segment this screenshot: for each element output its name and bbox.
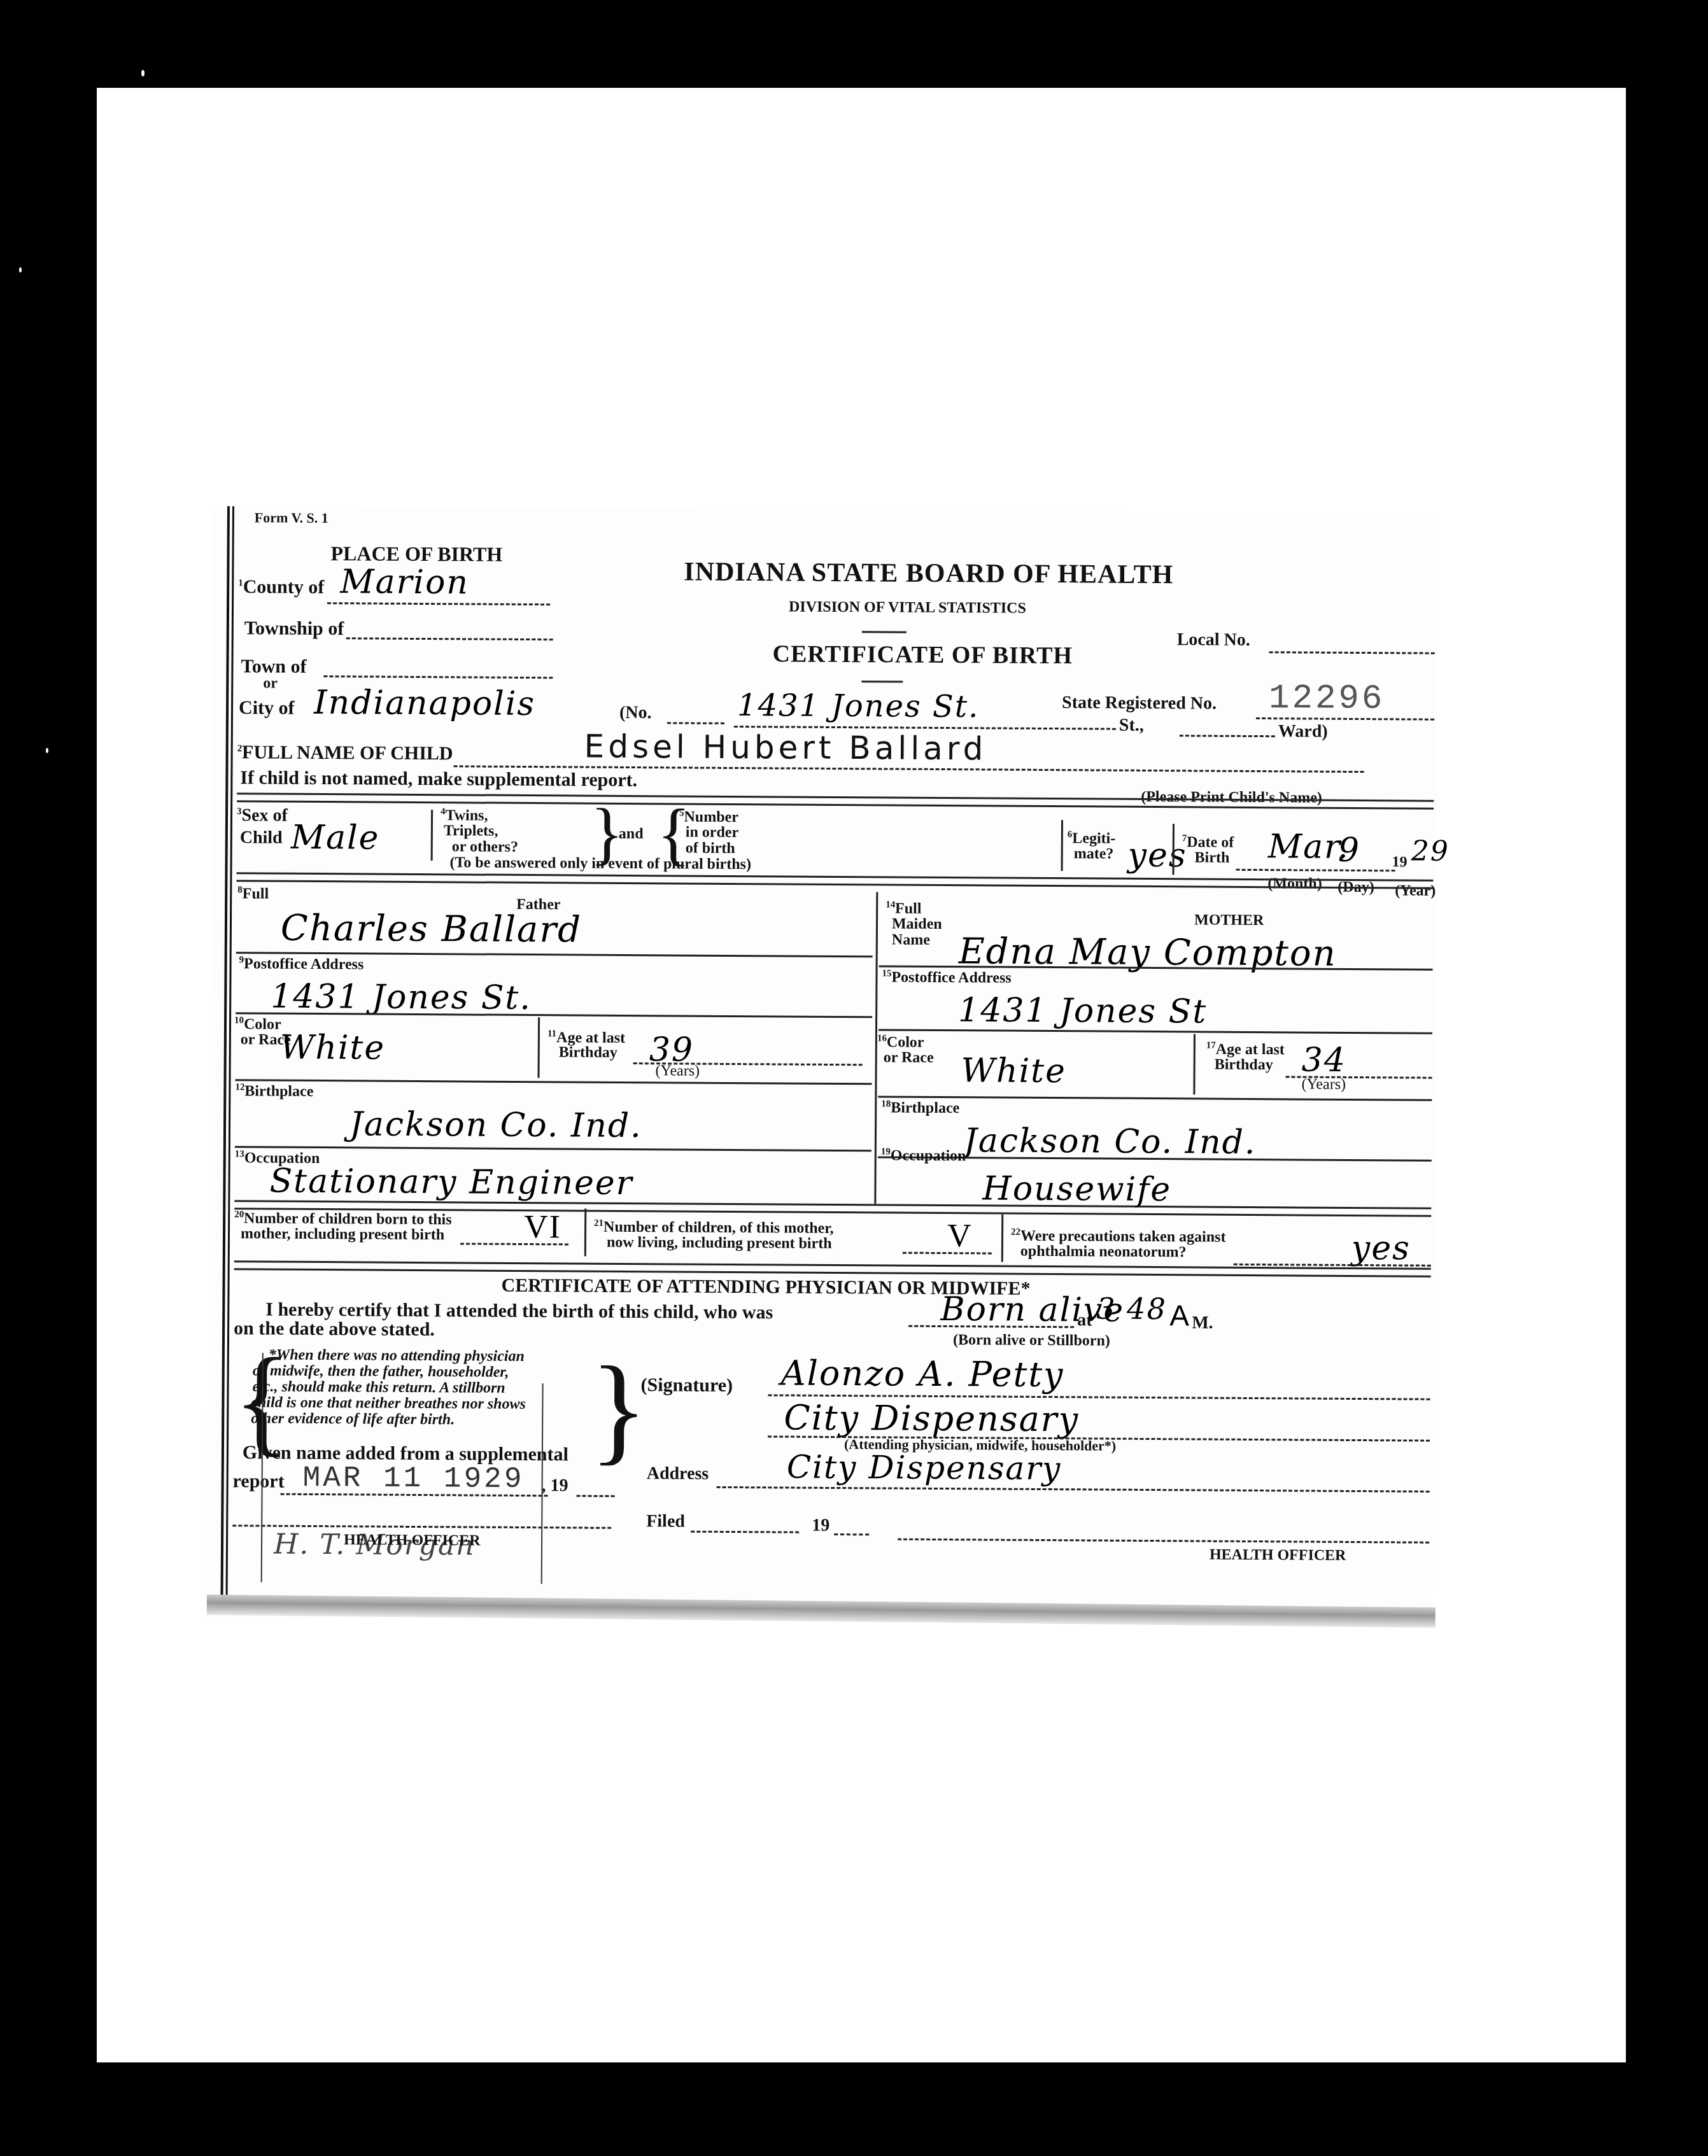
father-full-label: 8Full [237,885,269,903]
health-officer-field [898,1539,1429,1544]
divider [431,810,433,861]
twins-label-2: Triplets, [444,822,498,840]
city-label: City of [239,697,295,719]
dob-year-prefix: 19 [1392,854,1408,871]
legitimate-value: yes [1127,836,1187,875]
county-label: 1County of [238,576,324,598]
father-color: White [280,1029,386,1067]
mother-occupation-label: 19Occupation [881,1146,966,1165]
meridiem: A [1169,1298,1190,1332]
father-name: Charles Ballard [281,908,582,951]
children-living-label-2: now living, including present birth [607,1234,832,1253]
physician-address: City Dispensary [787,1449,1062,1488]
mother-occupation: Housewife [982,1169,1171,1209]
mother-full-label: 14Full [886,899,922,917]
filed-date-field [691,1531,799,1533]
scan-speck [46,748,48,753]
number-order-label-3: of birth [686,840,735,857]
sex-label: 3Sex of [237,805,288,826]
supplemental-health-officer-label: HEALTH OFFICER [344,1532,481,1549]
street-value: 1431 Jones St. [737,687,980,724]
mother-age-label-2: Birthday [1215,1057,1273,1074]
precautions-field [1234,1264,1431,1267]
born-caption: (Born alive or Stillborn) [953,1332,1110,1350]
division-title: DIVISION OF VITAL STATISTICS [789,599,1026,617]
title-rule [861,680,903,682]
father-address-label: 9Postoffice Address [239,955,364,973]
dob-label: 7Date of [1182,833,1234,851]
and-label: and [619,826,644,843]
children-living-value: V [947,1217,973,1255]
full-name-label: 2FULL NAME OF CHILD [237,742,453,764]
ward-label: Ward) [1278,721,1328,742]
children-born-field [460,1243,568,1245]
father-age-label-2: Birthday [559,1044,618,1062]
form-number: Form V. S. 1 [255,509,328,526]
dob-day: 9 [1338,831,1360,870]
field-rule [878,1096,1432,1101]
report-year-field [577,1495,615,1497]
children-living-field [903,1252,992,1255]
health-officer-label: HEALTH OFFICER [1210,1547,1346,1565]
mother-years-caption: (Years) [1301,1076,1346,1093]
mother-birthplace: Jackson Co. Ind. [964,1122,1257,1162]
title-rule [862,631,907,633]
scan-speck [19,267,22,272]
county-value: Marion [340,563,469,602]
address-label: Address [647,1463,709,1484]
mother-heading: MOTHER [1194,912,1264,929]
number-order-label-2: in order [686,824,738,842]
or-label: or [263,675,278,692]
town-field [323,675,553,679]
street-no-field [667,722,724,724]
at-label: at [1077,1310,1092,1330]
state-registered-label: State Registered No. [1062,693,1217,714]
mother-full-label-2: Maiden [892,916,942,933]
children-born-value: VI [524,1208,561,1246]
divider [1061,820,1063,871]
divider [1172,824,1174,875]
ward-field [1180,735,1275,737]
section-rule [236,872,1433,889]
mother-address: 1431 Jones St [958,991,1207,1031]
father-birthplace: Jackson Co. Ind. [349,1105,642,1145]
divider [538,1017,540,1078]
plural-births-note: (To be answered only in event of plural … [449,854,751,873]
divider [1001,1215,1003,1262]
father-address: 1431 Jones St. [271,978,532,1018]
street-no-label: (No. [619,703,652,723]
city-value: Indianapolis [314,684,535,723]
township-label: Township of [244,617,344,640]
sex-value: Male [291,819,380,857]
local-no-label: Local No. [1177,630,1250,651]
township-field [346,637,553,640]
mother-color: White [961,1052,1066,1090]
state-registered-number: 12296 [1269,679,1385,719]
birth-certificate: Form V. S. 1 PLACE OF BIRTH INDIANA STAT… [206,506,1439,1624]
precautions-value: yes [1352,1229,1411,1268]
address-field [717,1486,1430,1493]
divider [584,1209,586,1257]
board-title: INDIANA STATE BOARD OF HEALTH [684,557,1173,591]
footnote-line-5: other evidence of life after birth. [251,1410,455,1428]
mother-color-label-2: or Race [884,1049,934,1066]
not-named-note: If child is not named, make supplemental… [240,767,637,791]
scan-speck [141,70,145,76]
twins-label-3: or others? [452,838,518,856]
children-born-label-2: mother, including present birth [241,1225,444,1244]
footnote-brace-right: } [589,1349,648,1470]
precautions-label-2: ophthalmia neonatorum? [1020,1243,1187,1262]
field-rule [235,1146,872,1152]
dob-field [1236,869,1395,872]
report-label: report [233,1470,285,1492]
mother-full-label-3: Name [892,932,930,949]
sex-label-2: Child [240,828,283,848]
filed-label: Filed [646,1511,685,1532]
birth-time: 3 48 [1096,1291,1167,1326]
legitimate-label-2: mate? [1074,845,1114,863]
father-years-caption: (Years) [656,1062,700,1080]
mother-age: 34 [1302,1041,1347,1079]
physician-signature-line-2: City Dispensary [784,1398,1079,1440]
dob-year: 29 [1411,835,1450,868]
mother-address-label: 15Postoffice Address [882,968,1011,987]
supplemental-report-stamp: MAR 11 1929 [303,1462,525,1496]
report-year-prefix: , 19 [542,1476,568,1496]
filed-year-prefix: 19 [812,1516,829,1536]
child-full-name: Edsel Hubert Ballard [584,728,987,768]
physician-signature: Alonzo A. Petty [781,1353,1064,1395]
filed-year-field [834,1533,869,1535]
field-rule [235,1079,872,1085]
divider [1193,1034,1196,1094]
mother-birthplace-label: 18Birthplace [881,1099,959,1117]
dob-label-2: Birth [1195,849,1230,866]
father-birthplace-label: 12Birthplace [235,1082,313,1101]
local-no-field[interactable] [1269,651,1435,654]
state-registered-field [1256,717,1434,721]
signature-label: (Signature) [640,1374,733,1397]
m-label: M. [1192,1313,1213,1333]
st-label: St., [1119,715,1144,736]
dob-month: Mar. [1268,828,1350,866]
county-field [327,602,550,605]
father-occupation: Stationary Engineer [269,1162,633,1202]
certificate-title: CERTIFICATE OF BIRTH [772,640,1073,670]
